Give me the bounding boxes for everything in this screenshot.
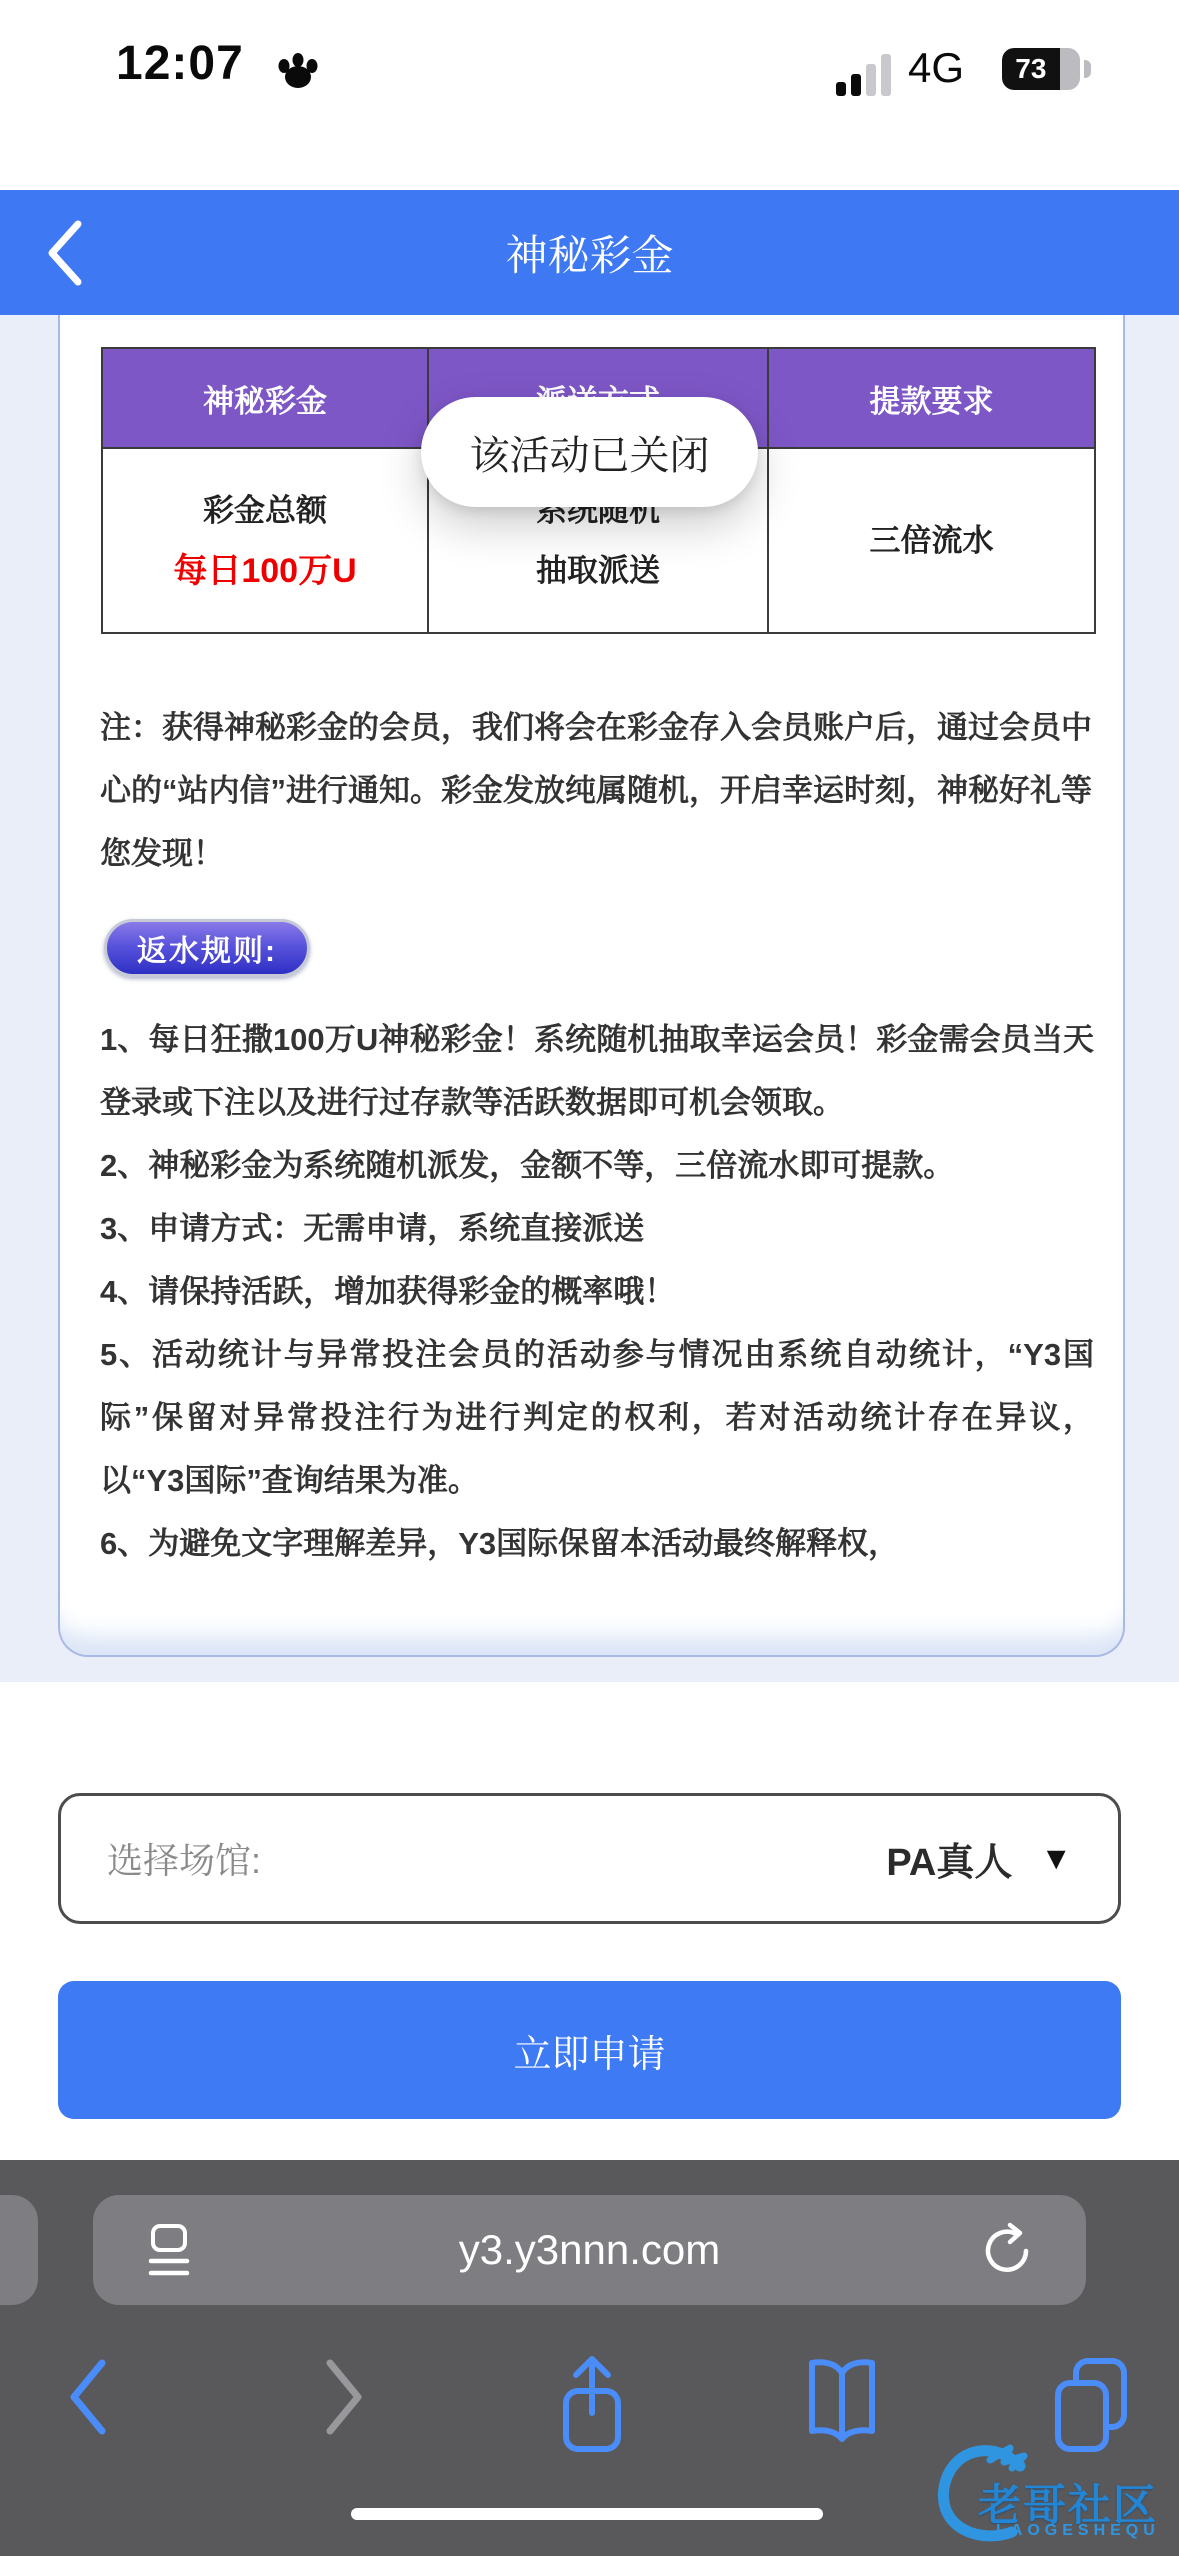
status-bar: 12:07 4G 73 xyxy=(0,0,1179,190)
iphone-screen: 12:07 4G 73 神秘彩金 神秘彩金 派送 xyxy=(0,0,1179,2556)
clock: 12:07 xyxy=(116,36,244,91)
network-type-label: 4G xyxy=(908,44,964,92)
watermark-subtitle: LAOGESHEQU xyxy=(996,2522,1160,2540)
table-header-cell: 神秘彩金 xyxy=(103,349,429,449)
rule-item: 3、申请方式：无需申请，系统直接派送 xyxy=(100,1197,1094,1260)
watermark-logo: 老哥社区 LAOGESHEQU xyxy=(932,2436,1176,2548)
battery-cap xyxy=(1084,60,1091,78)
battery-icon: 73 xyxy=(1002,48,1080,90)
rule-item: 2、神秘彩金为系统随机派发，金额不等，三倍流水即可提款。 xyxy=(100,1134,1094,1197)
rule-item: 6、为避免文字理解差异，Y3国际保留本活动最终解释权， xyxy=(100,1512,1094,1575)
venue-select[interactable]: 选择场馆: PA真人 ▼ xyxy=(58,1793,1121,1924)
bookmarks-icon[interactable] xyxy=(796,2355,888,2447)
reload-icon[interactable] xyxy=(980,2221,1036,2281)
paw-icon xyxy=(272,44,324,96)
share-icon[interactable] xyxy=(548,2355,636,2459)
delivery-method-line2: 抽取派送 xyxy=(536,541,660,601)
bonus-total-label: 彩金总额 xyxy=(203,481,327,541)
address-bar[interactable]: y3.y3nnn.com xyxy=(93,2195,1086,2305)
page-header: 神秘彩金 xyxy=(0,190,1179,315)
page-title: 神秘彩金 xyxy=(0,190,1179,315)
table-cell-withdraw: 三倍流水 xyxy=(769,449,1094,632)
note-paragraph: 注：获得神秘彩金的会员，我们将会在彩金存入会员账户后，通过会员中心的“站内信”进… xyxy=(100,696,1092,885)
page-settings-icon[interactable] xyxy=(145,2223,193,2279)
withdraw-requirement: 三倍流水 xyxy=(870,511,994,571)
table-header-cell: 提款要求 xyxy=(769,349,1094,449)
rules-list: 1、每日狂撒100万U神秘彩金！系统随机抽取幸运会员！彩金需会员当天登录或下注以… xyxy=(100,1008,1094,1575)
venue-selected: PA真人 ▼ xyxy=(886,1831,1072,1886)
rule-item: 4、请保持活跃，增加获得彩金的概率哦！ xyxy=(100,1260,1094,1323)
rules-badge: 返水规则: xyxy=(104,919,310,977)
rule-item: 1、每日狂撒100万U神秘彩金！系统随机抽取幸运会员！彩金需会员当天登录或下注以… xyxy=(100,1008,1094,1134)
url-text: y3.y3nnn.com xyxy=(459,2226,720,2274)
dropdown-caret-icon: ▼ xyxy=(1040,1840,1072,1877)
table-cell-total: 彩金总额 每日100万U xyxy=(103,449,429,632)
battery-percent: 73 xyxy=(1002,48,1060,90)
venue-selected-value: PA真人 xyxy=(886,1831,1012,1886)
browser-back-icon[interactable] xyxy=(60,2355,114,2439)
adjacent-tab-stub[interactable] xyxy=(0,2195,38,2305)
home-indicator[interactable] xyxy=(351,2508,823,2520)
activity-closed-toast: 该活动已关闭 xyxy=(421,397,758,507)
venue-select-label: 选择场馆: xyxy=(107,1833,261,1884)
rule-item: 5、活动统计与异常投注会员的活动参与情况由系统自动统计，“Y3国际”保留对异常投… xyxy=(100,1323,1094,1512)
browser-forward-icon xyxy=(318,2355,372,2439)
bonus-amount-value: 每日100万U xyxy=(173,541,356,601)
apply-now-button[interactable]: 立即申请 xyxy=(58,1981,1121,2119)
cellular-signal-icon xyxy=(836,52,898,98)
